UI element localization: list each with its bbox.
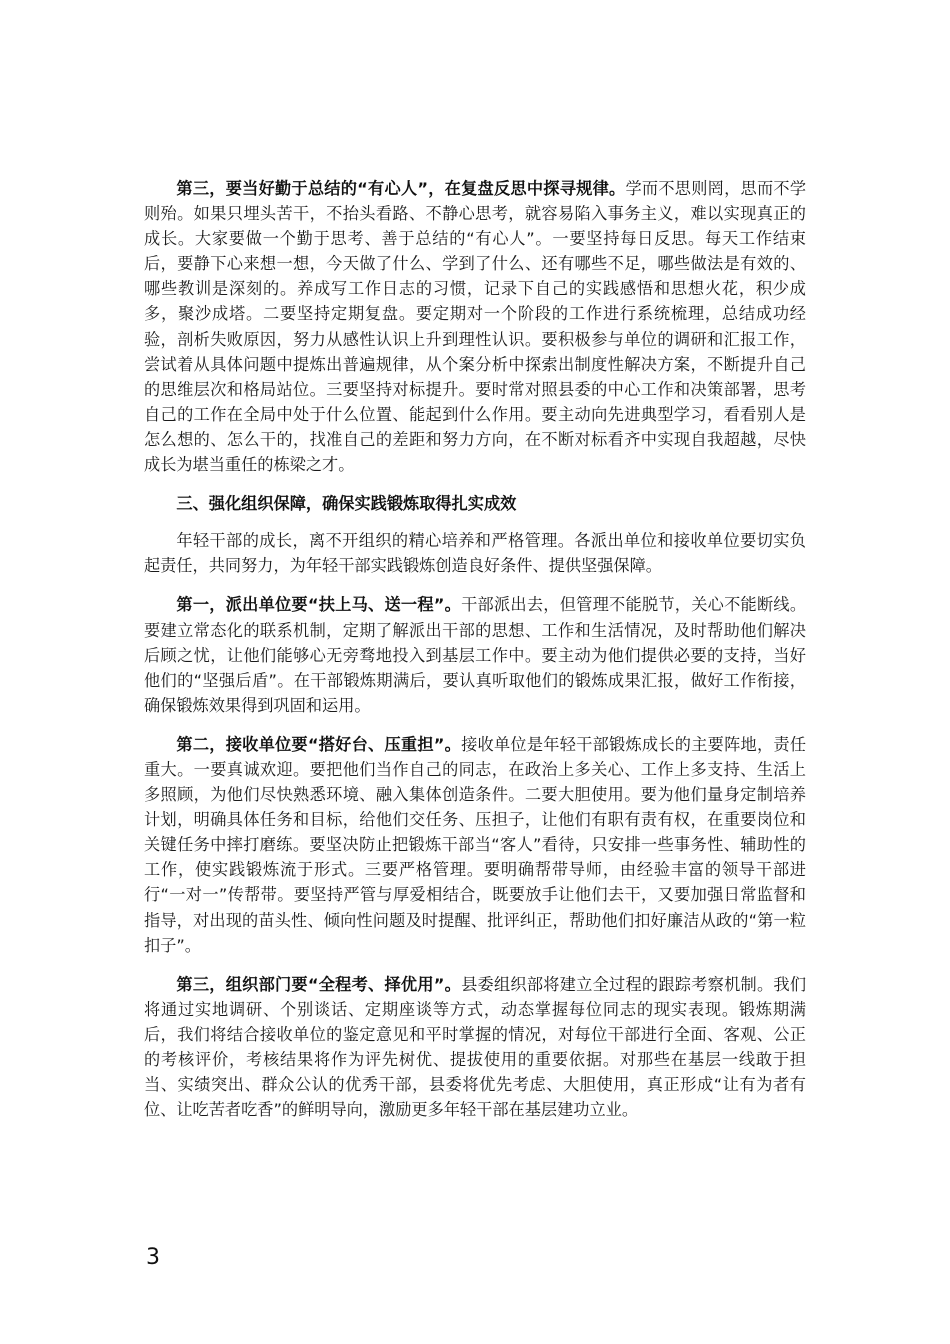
paragraph-text: 县委组织部将建立全过程的跟踪考察机制。我们将通过实地调研、个别谈话、定期座谈等方…	[144, 975, 806, 1119]
document-page: 第三，要当好勤于总结的“有心人”，在复盘反思中探寻规律。学而不思则罔，思而不学则…	[144, 176, 806, 1136]
paragraph-lead: 第二，接收单位要“搭好台、压重担”。	[176, 735, 461, 754]
paragraph-intro: 年轻干部的成长，离不开组织的精心培养和严格管理。各派出单位和接收单位要切实负起责…	[144, 528, 806, 578]
paragraph-sending-unit: 第一，派出单位要“扶上马、送一程”。干部派出去，但管理不能脱节，关心不能断线。要…	[144, 592, 806, 717]
paragraph-text: 年轻干部的成长，离不开组织的精心培养和严格管理。各派出单位和接收单位要切实负起责…	[144, 531, 806, 575]
paragraph-lead: 第三，组织部门要“全程考、择优用”。	[176, 975, 461, 994]
paragraph-text: 学而不思则罔，思而不学则殆。如果只埋头苦干，不抬头看路、不静心思考，就容易陷入事…	[144, 179, 806, 474]
paragraph-text: 接收单位是年轻干部锻炼成长的主要阵地，责任重大。一要真诚欢迎。要把他们当作自己的…	[144, 735, 806, 955]
paragraph-reflection: 第三，要当好勤于总结的“有心人”，在复盘反思中探寻规律。学而不思则罔，思而不学则…	[144, 176, 806, 477]
page-number: 3	[146, 1245, 160, 1270]
paragraph-lead: 第三，要当好勤于总结的“有心人”，在复盘反思中探寻规律。	[176, 179, 625, 198]
paragraph-organization-dept: 第三，组织部门要“全程考、择优用”。县委组织部将建立全过程的跟踪考察机制。我们将…	[144, 972, 806, 1123]
paragraph-lead: 第一，派出单位要“扶上马、送一程”。	[176, 595, 461, 614]
paragraph-receiving-unit: 第二，接收单位要“搭好台、压重担”。接收单位是年轻干部锻炼成长的主要阵地，责任重…	[144, 732, 806, 958]
section-heading: 三、强化组织保障，确保实践锻炼取得扎实成效	[144, 491, 806, 516]
